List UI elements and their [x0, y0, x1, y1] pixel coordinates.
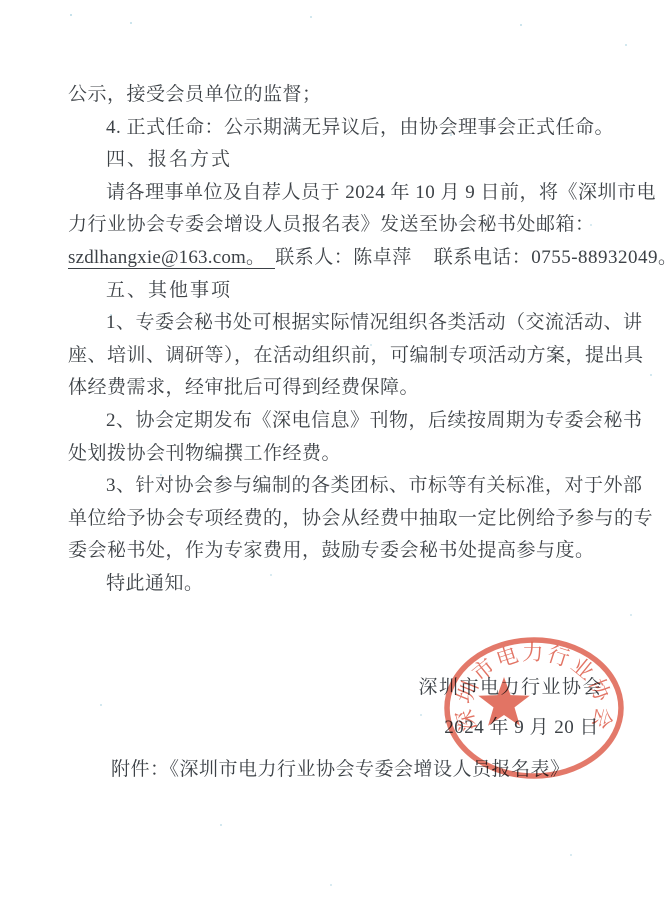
body-line: 座、培训、调研等），在活动组织前，可编制专项活动方案，提出具 — [68, 340, 653, 373]
attachment-line: 附件：《深圳市电力行业协会专委会增设人员报名表》 — [111, 754, 570, 781]
body-line: 2、协会定期发布《深电信息》刊物，后续按周期为专委会秘书 — [68, 405, 653, 438]
body-line: 公示，接受会员单位的监督； — [68, 79, 653, 112]
signature-date: 2024 年 9 月 20 日 — [444, 712, 599, 739]
contact-line: szdlhangxie@163.com。联系人：陈卓萍联系电话：0755-889… — [68, 242, 653, 275]
section-heading: 四、报名方式 — [68, 144, 653, 177]
scan-noise — [70, 14, 72, 16]
body-line: 委会秘书处，作为专家费用，鼓励专委会秘书处提高参与度。 — [68, 535, 653, 568]
contact-phone: 联系电话：0755-88932049。 — [434, 247, 671, 268]
document-body: 公示，接受会员单位的监督； 4. 正式任命：公示期满无异议后，由协会理事会正式任… — [68, 79, 653, 601]
signature-org: 深圳市电力行业协会 — [418, 672, 603, 699]
body-line: 力行业协会专委会增设人员报名表》发送至协会秘书处邮箱： — [68, 209, 653, 242]
scanned-document-page: 公示，接受会员单位的监督； 4. 正式任命：公示期满无异议后，由协会理事会正式任… — [0, 0, 671, 901]
email-text: szdlhangxie@163.com。 — [68, 247, 275, 269]
body-line: 3、针对协会参与编制的各类团标、市标等有关标准，对于外部 — [68, 470, 653, 503]
body-line: 体经费需求，经审批后可得到经费保障。 — [68, 372, 653, 405]
body-line: 1、专委会秘书处可根据实际情况组织各类活动（交流活动、讲 — [68, 307, 653, 340]
body-line: 4. 正式任命：公示期满无异议后，由协会理事会正式任命。 — [68, 112, 653, 145]
body-line: 请各理事单位及自荐人员于 2024 年 10 月 9 日前，将《深圳市电 — [68, 177, 653, 210]
body-line: 单位给予协会专项经费的，协会从经费中抽取一定比例给予参与的专 — [68, 503, 653, 536]
section-heading: 五、其他事项 — [68, 275, 653, 308]
closing-line: 特此通知。 — [68, 568, 653, 601]
body-line: 处划拨协会刊物编撰工作经费。 — [68, 438, 653, 471]
contact-person: 联系人：陈卓萍 — [275, 247, 412, 268]
